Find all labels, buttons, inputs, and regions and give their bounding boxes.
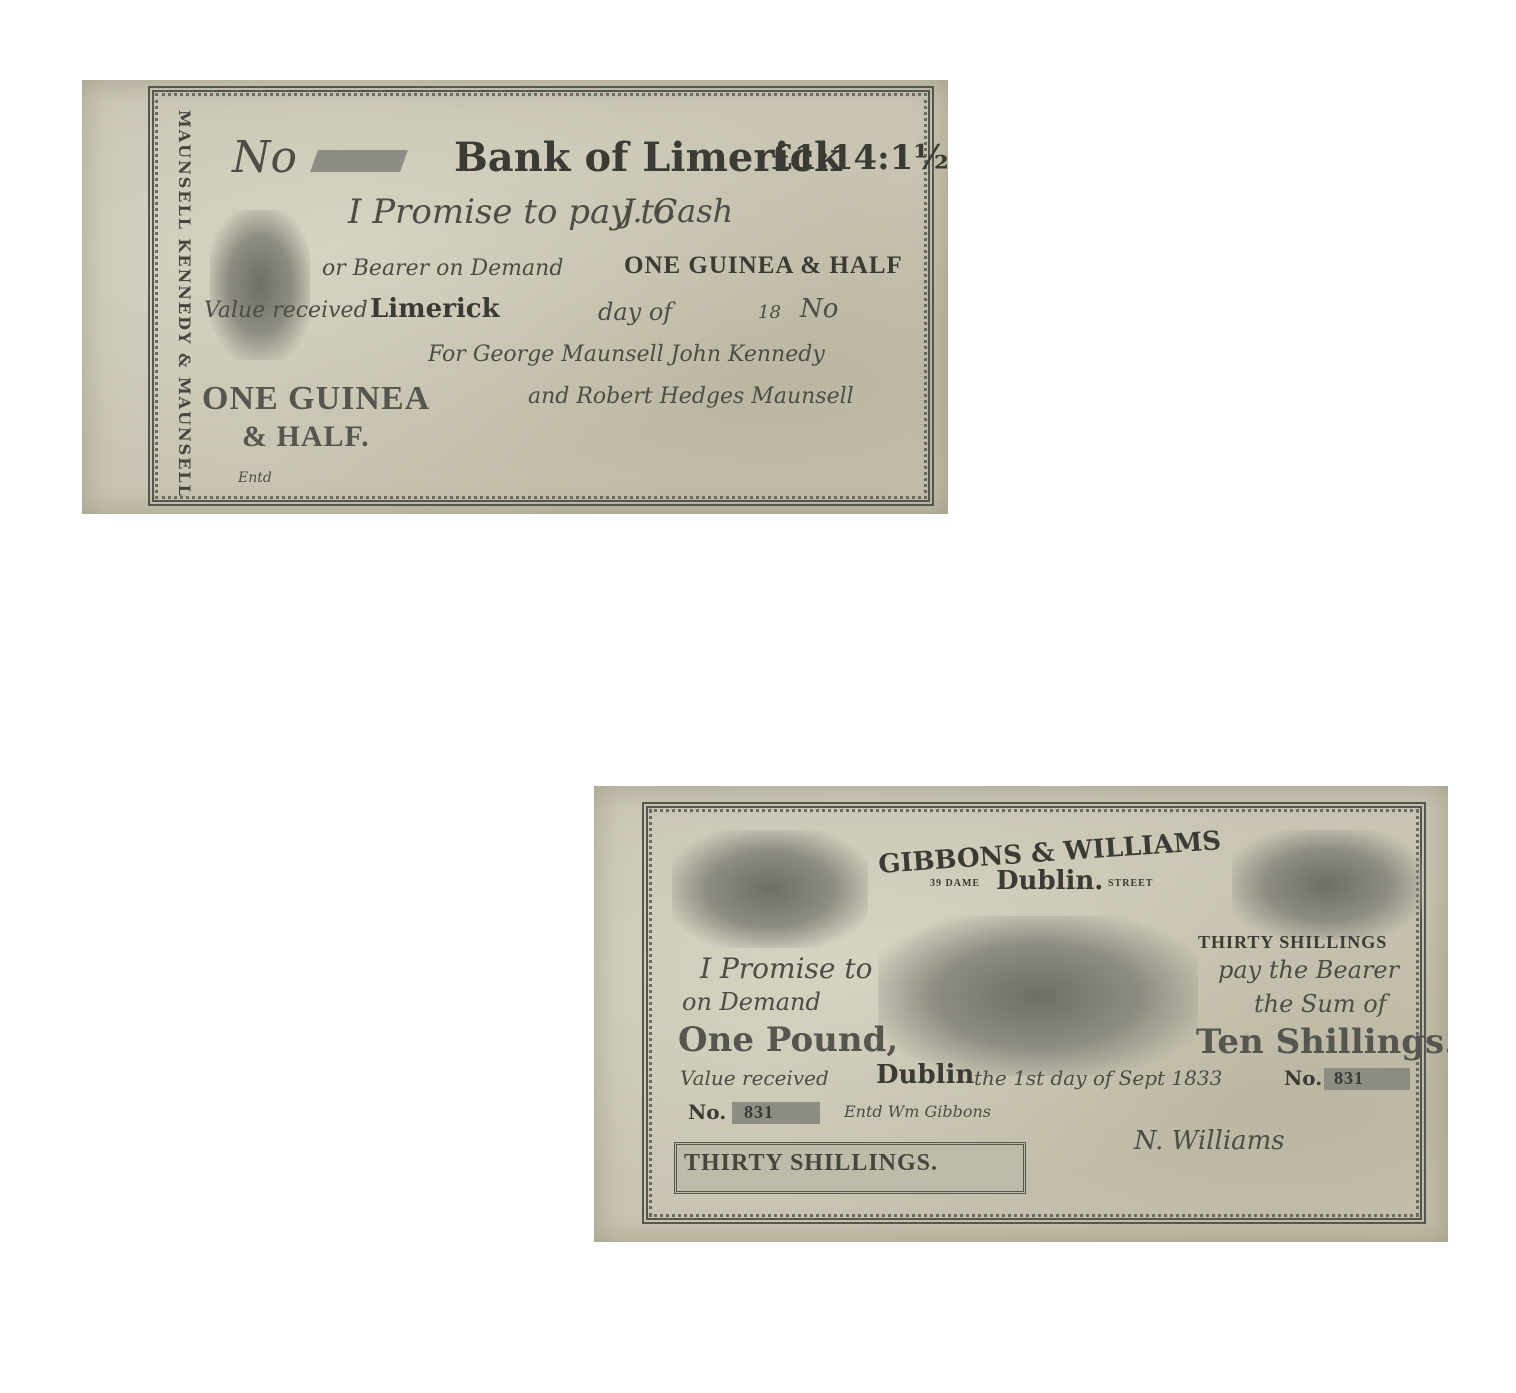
- signatories-line-1: For George Maunsell John Kennedy: [428, 342, 825, 367]
- demand-left: on Demand: [682, 988, 821, 1016]
- amount-left: One Pound,: [678, 1020, 898, 1060]
- amount-right: Ten Shillings.: [1196, 1022, 1448, 1062]
- number-label: No: [232, 132, 297, 183]
- value-header: THIRTY SHILLINGS: [1198, 932, 1387, 953]
- number-label-right: No.: [1284, 1066, 1322, 1090]
- denomination: THIRTY SHILLINGS.: [684, 1150, 938, 1177]
- banknote-gibbons-williams: GIBBONS & WILLIAMS 39 DAME Dublin. STREE…: [594, 786, 1448, 1242]
- bearer-line: or Bearer on Demand: [322, 256, 563, 281]
- promise-left: I Promise to: [700, 952, 873, 985]
- serial-left: 831: [744, 1102, 774, 1123]
- place: Limerick: [370, 294, 500, 324]
- denomination-line-1: ONE GUINEA: [202, 380, 430, 418]
- sum-right: the Sum of: [1254, 990, 1387, 1018]
- address-left: 39 DAME: [930, 878, 980, 889]
- address-right: STREET: [1108, 878, 1153, 889]
- harvest-scene-vignette: [672, 830, 868, 948]
- entered-mark: Entd Wm Gibbons: [844, 1102, 991, 1121]
- banknote-bank-of-limerick: MAUNSELL KENNEDY & MAUNSELL No Bank of L…: [82, 80, 948, 514]
- signature: N. Williams: [1134, 1126, 1285, 1156]
- hibernia-harbour-vignette: [878, 916, 1198, 1076]
- promise-right: pay the Bearer: [1218, 956, 1399, 984]
- date-line: day of: [598, 298, 672, 326]
- coat-of-arms-vignette: [210, 210, 310, 360]
- value-received: Value received: [204, 298, 368, 323]
- number-label-2: No: [800, 294, 838, 324]
- serial-right: 831: [1334, 1068, 1364, 1089]
- year-prefix: 18: [758, 302, 781, 323]
- amount-text: ONE GUINEA & HALF: [624, 252, 903, 280]
- serial-box: [310, 150, 408, 172]
- payee: J. Cash: [622, 192, 733, 230]
- cattle-scene-vignette: [1232, 830, 1422, 940]
- entered-mark: Entd: [238, 470, 272, 486]
- side-strip-text: MAUNSELL KENNEDY & MAUNSELL: [175, 110, 194, 498]
- value-received: Value received: [680, 1066, 829, 1090]
- denomination-line-2: & HALF.: [242, 420, 370, 454]
- signatories-line-2: and Robert Hedges Maunsell: [528, 384, 854, 409]
- date-text: the 1st day of Sept 1833: [974, 1066, 1222, 1090]
- place: Dublin: [876, 1060, 974, 1090]
- value-header: £1:14:1½: [770, 138, 948, 178]
- number-label-left: No.: [688, 1100, 726, 1124]
- city: Dublin.: [996, 866, 1103, 896]
